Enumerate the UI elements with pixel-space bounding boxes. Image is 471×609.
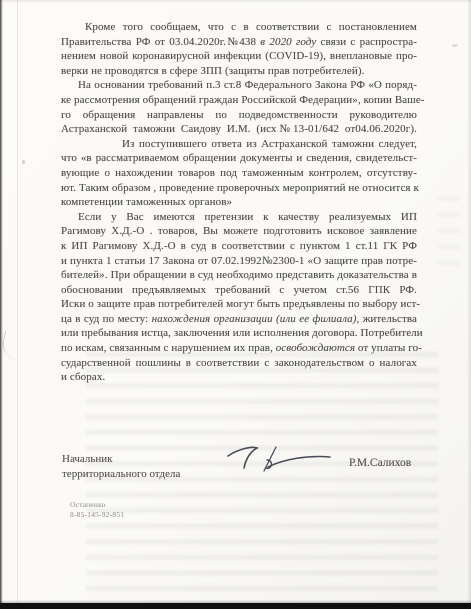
text-line: или пребывания истца, заключения или исп… [61,326,417,341]
executor-phone: 8-85-145-92-851 [70,510,124,520]
reverse-side-bleed-through [438,190,460,270]
text-line: Кроме того сообщаем, что с в соответстви… [61,20,417,35]
scan-edge-top [0,0,471,2]
scan-speck [22,160,25,164]
text-line: и сборах. [61,370,417,385]
text-line: и пункта 1 статьи 17 Закона от 07.02.199… [61,254,417,269]
text-line: обосновании предъявляемых требований с у… [61,283,417,298]
text-line: На основании требований п.3 ст.8 Федерал… [61,78,417,93]
signatory-name: Р.М.Салихов [349,457,411,469]
paragraph-court-claim-advice: Если у Вас имеются претензии к качеству … [61,210,417,385]
scan-edge-left [0,0,3,609]
text-line: что «в рассматриваемом обращении докумен… [61,151,417,166]
scan-scratch-mark [0,330,22,359]
text-line: Правительства РФ от 03.04.2020г.№438 в 2… [61,35,417,50]
text-line: ца в суд по месту: нахождения организаци… [61,312,417,327]
text-line: компетенции таможенных органов» [61,195,417,210]
text-line: ке рассмотрения обращений граждан Россий… [61,93,417,108]
text-line: по искам, связанным с нарушением их прав… [61,341,417,356]
text-line: го обращения направлены по подведомствен… [61,108,417,123]
text-line: Астраханской таможни Саидову И.М. (исх№1… [61,122,417,137]
text-line: к ИП Рагимову Х.Д.-О в суд в соответстви… [61,239,417,254]
text-line: Если у Вас имеются претензии к качеству … [61,210,417,225]
text-line: Иски о защите прав потребителей могут бы… [61,297,417,312]
text-line: верки не проводятся в сфере ЗПП (защиты … [61,64,417,79]
text-line: нением новой коронавирусной инфекции (CO… [61,49,417,64]
text-line: ют. Таким образом , проведение проверочн… [61,181,417,196]
signatory-title-line1: Начальник [62,452,180,467]
scan-edge-bottom [0,603,471,609]
executor-name: Остапенко [70,500,124,510]
text-line: вующие о нахождении товаров под таможенн… [61,166,417,181]
scan-speck [452,44,458,47]
signatory-title-line2: территориального отдела [62,467,180,482]
text-line: Рагимову Х.Д.-О . товаров, Вы можете под… [61,224,417,239]
text-line: сударственной пошлины в соответствии с з… [61,356,417,371]
text-line: бителей». При обращении в суд необходимо… [61,268,417,283]
scan-edge-right [467,0,471,609]
paragraph-forwarded-to-customs: На основании требований п.3 ст.8 Федерал… [61,78,417,136]
signature-block: Начальник территориального отдела [62,452,180,482]
scan-fold-line [17,0,18,609]
scanned-letter-page: Кроме того сообщаем, что с в соответстви… [0,0,471,609]
executor-info: Остапенко 8-85-145-92-851 [70,500,124,519]
paragraph-customs-reply: Из поступившего ответа из Астраханской т… [61,137,417,210]
text-line: Из поступившего ответа из Астраханской т… [61,137,417,152]
letter-body: Кроме того сообщаем, что с в соответстви… [61,20,417,385]
handwritten-signature-scribble [222,440,342,480]
paragraph-covid-checks: Кроме того сообщаем, что с в соответстви… [61,20,417,78]
